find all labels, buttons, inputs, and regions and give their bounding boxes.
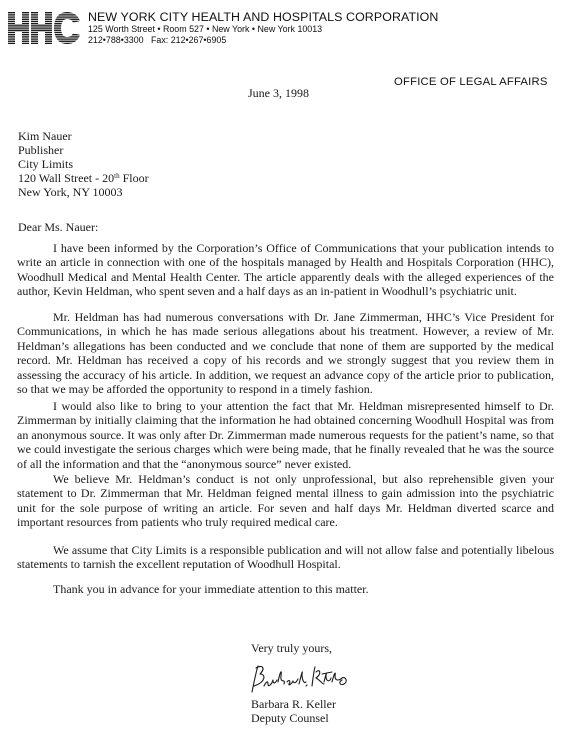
recipient-company: City Limits — [18, 157, 149, 171]
body-paragraph-1: I have been informed by the Corporation’… — [17, 241, 554, 299]
signer-block: Barbara R. Keller Deputy Counsel — [251, 697, 336, 725]
recipient-address-block: Kim Nauer Publisher City Limits 120 Wall… — [18, 129, 149, 199]
body-paragraph-4: We believe Mr. Heldman’s conduct is not … — [17, 472, 554, 530]
recipient-city: New York, NY 10003 — [18, 185, 149, 199]
body-paragraph-2: Mr. Heldman has had numerous conversatio… — [17, 310, 554, 396]
signer-title: Deputy Counsel — [251, 711, 336, 725]
body-paragraph-5: We assume that City Limits is a responsi… — [17, 543, 554, 572]
hhc-logo-icon — [8, 12, 80, 44]
signer-name: Barbara R. Keller — [251, 697, 336, 711]
recipient-name: Kim Nauer — [18, 129, 149, 143]
organization-address: 125 Worth Street • Room 527 • New York •… — [88, 24, 438, 35]
signature-icon — [246, 662, 351, 698]
organization-name: NEW YORK CITY HEALTH AND HOSPITALS CORPO… — [88, 10, 438, 24]
letter-date: June 3, 1998 — [248, 86, 309, 101]
body-paragraph-3: I would also like to bring to your atten… — [17, 399, 554, 471]
organization-phone-fax: 212•788•3300 Fax: 212•267•6905 — [88, 35, 438, 46]
street-floor: Floor — [120, 171, 149, 185]
street-main: 120 Wall Street - 20 — [18, 171, 114, 185]
body-paragraph-6: Thank you in advance for your immediate … — [17, 582, 554, 596]
closing: Very truly yours, — [251, 641, 332, 656]
recipient-street: 120 Wall Street - 20th Floor — [18, 171, 149, 185]
salutation: Dear Ms. Nauer: — [18, 220, 98, 235]
recipient-title: Publisher — [18, 143, 149, 157]
letterhead-text: NEW YORK CITY HEALTH AND HOSPITALS CORPO… — [88, 10, 438, 46]
office-name: OFFICE OF LEGAL AFFAIRS — [394, 76, 548, 88]
